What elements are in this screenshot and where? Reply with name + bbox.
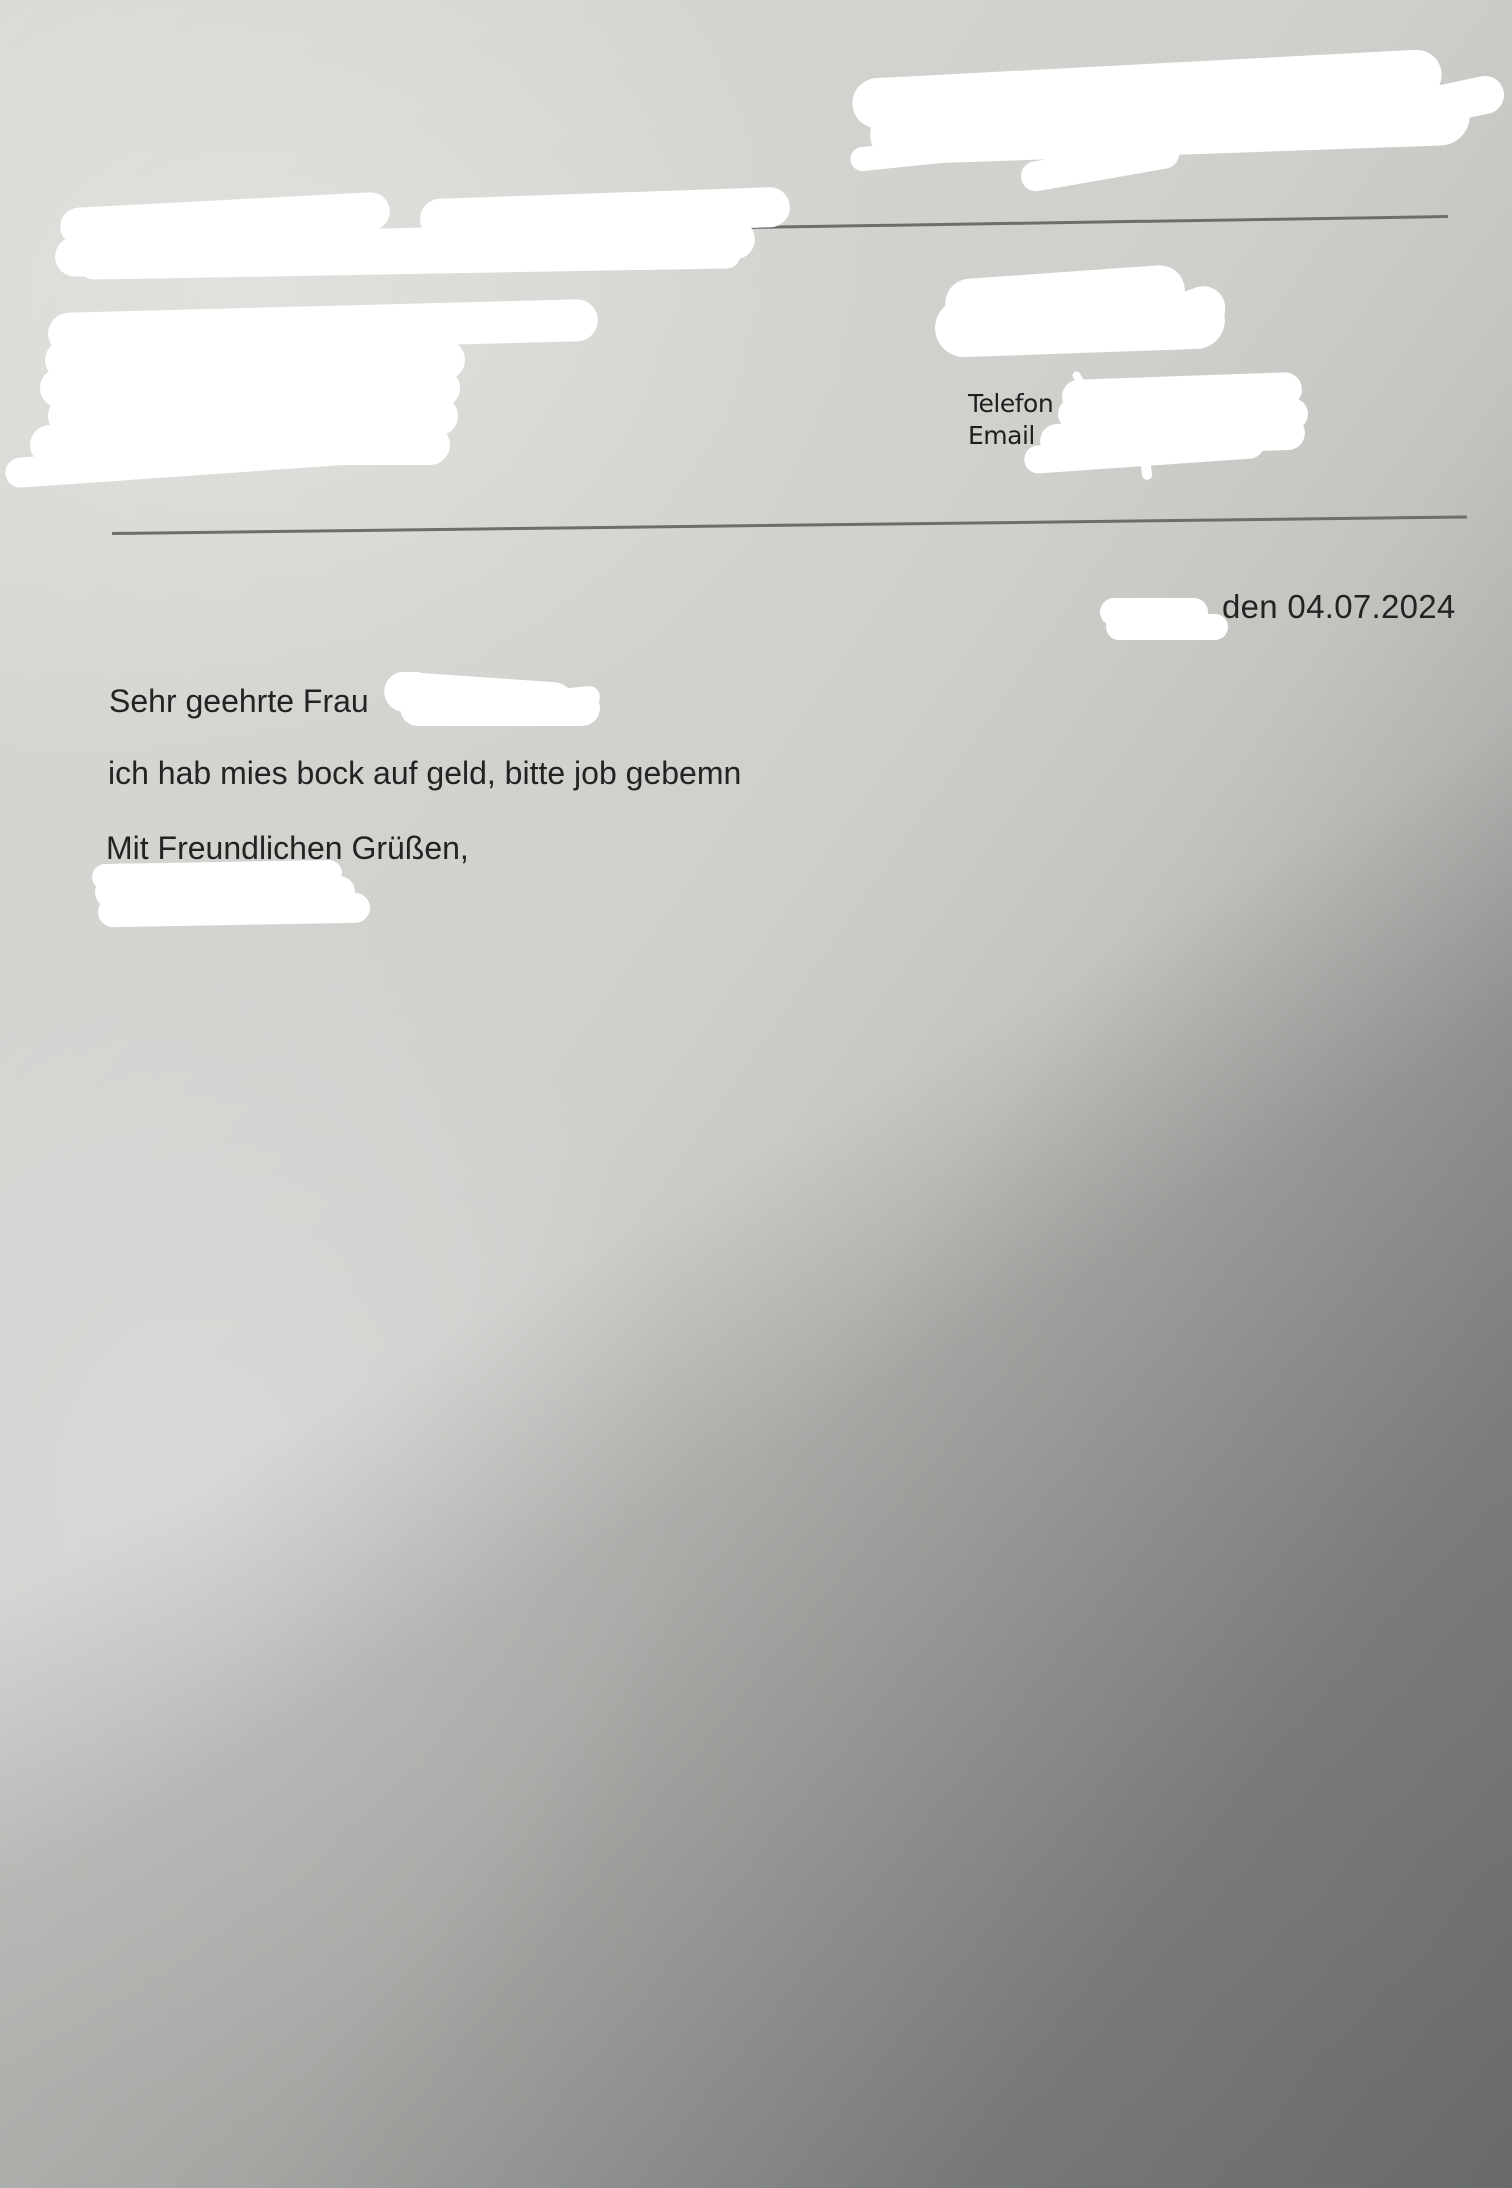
body-line: ich hab mies bock auf geld, bitte job ge… [108, 755, 741, 792]
salutation: Sehr geehrte Frau [109, 683, 369, 720]
email-label: Email [968, 421, 1035, 450]
phone-label: Telefon [968, 389, 1053, 418]
letter-date: den 04.07.2024 [1222, 588, 1456, 626]
